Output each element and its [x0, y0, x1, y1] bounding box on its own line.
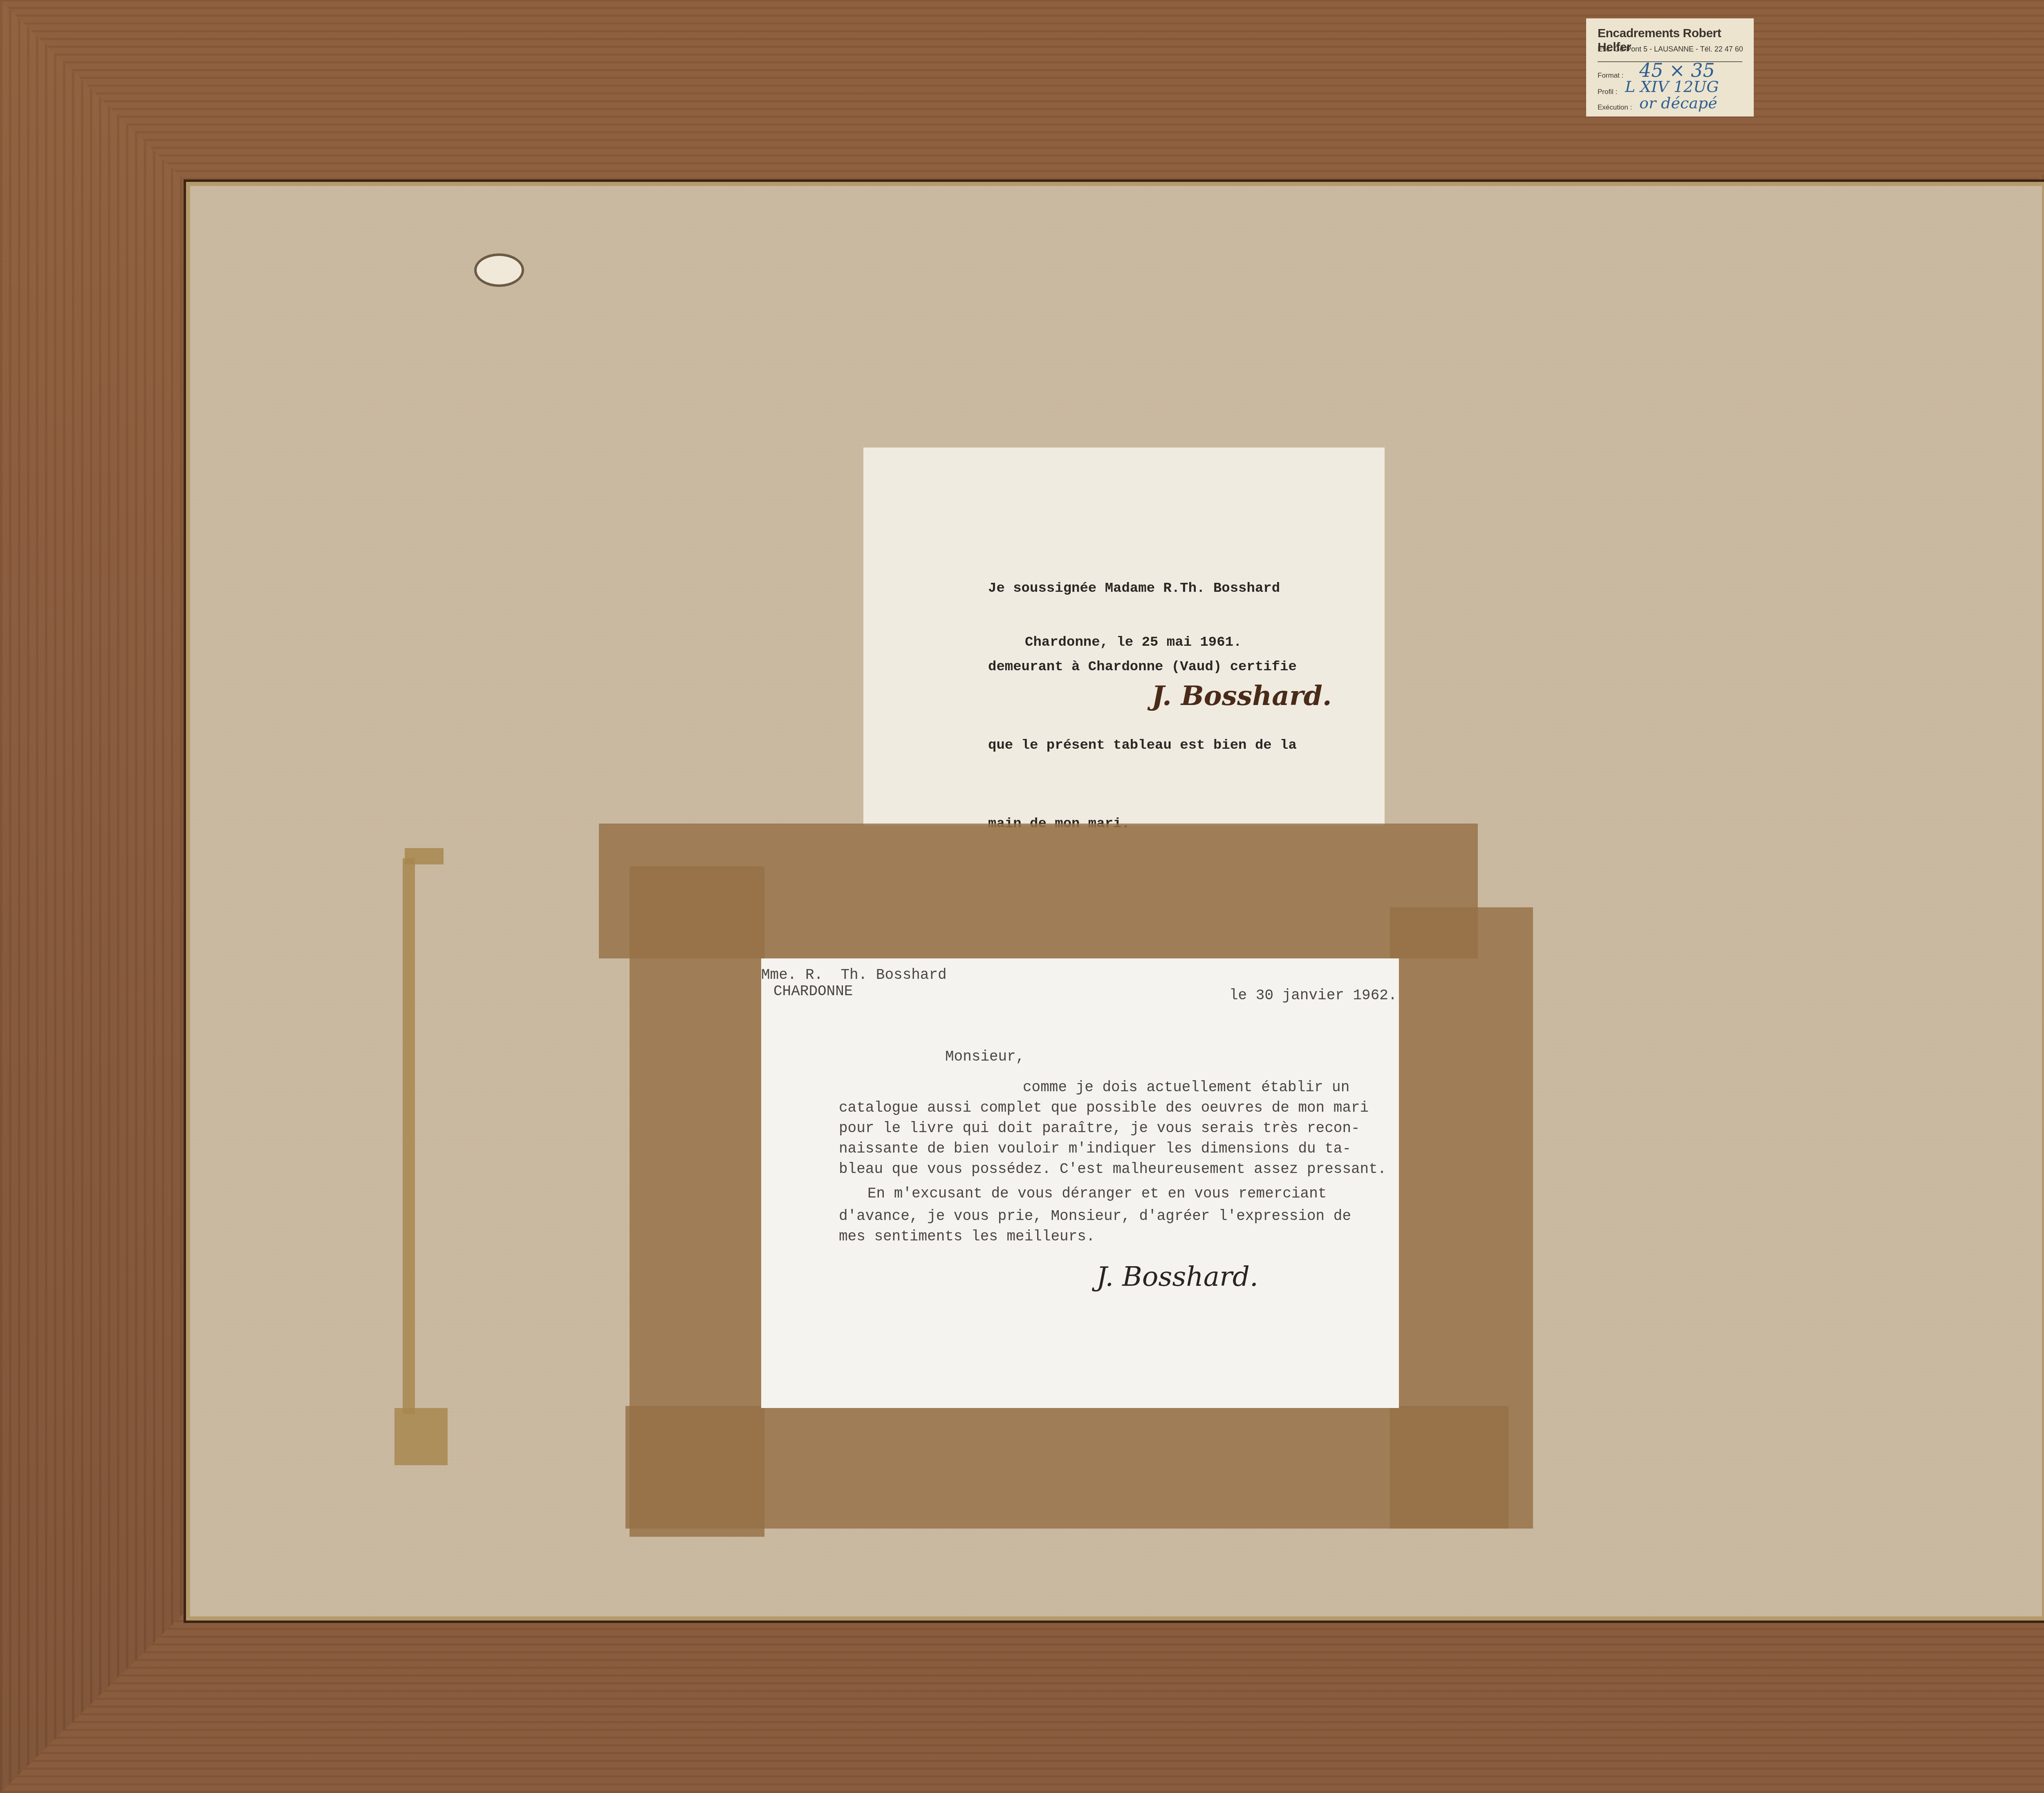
letter-line: comme je dois actuellement établir un	[1023, 1079, 1349, 1096]
letter-salutation: Monsieur,	[945, 1048, 1024, 1065]
framer-address: Esc. Gd-Pont 5 - LAUSANNE - Tél. 22 47 6…	[1598, 45, 1743, 54]
framer-label: Encadrements Robert Helfer Esc. Gd-Pont …	[1586, 18, 1754, 116]
authenticity-certificate: Je soussignée Madame R.Th. Bosshard deme…	[863, 448, 1385, 826]
letter-sender-name: Mme. R. Th. Bosshard	[761, 967, 947, 983]
tape-strip-bottom	[625, 1406, 1508, 1529]
certificate-date: Chardonne, le 25 mai 1961.	[1025, 629, 1242, 656]
letter-line: bleau que vous possédez. C'est malheureu…	[839, 1161, 1386, 1177]
execution-handwritten: or décapé	[1639, 94, 1717, 112]
letter-line: d'avance, je vous prie, Monsieur, d'agré…	[839, 1208, 1351, 1224]
certificate-signature: J. Bosshard.	[1152, 683, 1332, 709]
execution-label: Exécution :	[1598, 103, 1632, 112]
letter-line: En m'excusant de vous déranger et en vou…	[867, 1185, 1327, 1202]
board-hole	[474, 253, 524, 287]
profil-label: Profil :	[1598, 88, 1617, 96]
profil-handwritten: L XIV 12UG	[1625, 78, 1719, 96]
certificate-line: Je soussignée Madame R.Th. Bosshard	[988, 575, 1297, 602]
typed-letter: Mme. R. Th. Bosshard CHARDONNE le 30 jan…	[761, 958, 1399, 1408]
format-label: Format :	[1598, 72, 1623, 80]
letter-line: naissante de bien vouloir m'indiquer les…	[839, 1140, 1351, 1157]
letter-sender-place: CHARDONNE	[773, 983, 853, 1000]
frame-bottom-rail	[0, 1613, 2044, 1793]
letter-line: pour le livre qui doit paraître, je vous…	[839, 1120, 1360, 1137]
letter-line: mes sentiments les meilleurs.	[839, 1228, 1095, 1245]
certificate-line: que le présent tableau est bien de la	[988, 732, 1297, 759]
letter-line: catalogue aussi complet que possible des…	[839, 1099, 1369, 1116]
certificate-line: demeurant à Chardonne (Vaud) certifie	[988, 654, 1297, 680]
tape-residue	[403, 858, 415, 1414]
tape-residue	[394, 1408, 448, 1465]
letter-signature: J. Bosshard.	[1096, 1261, 1258, 1292]
letter-date: le 30 janvier 1962.	[1229, 987, 1397, 1004]
